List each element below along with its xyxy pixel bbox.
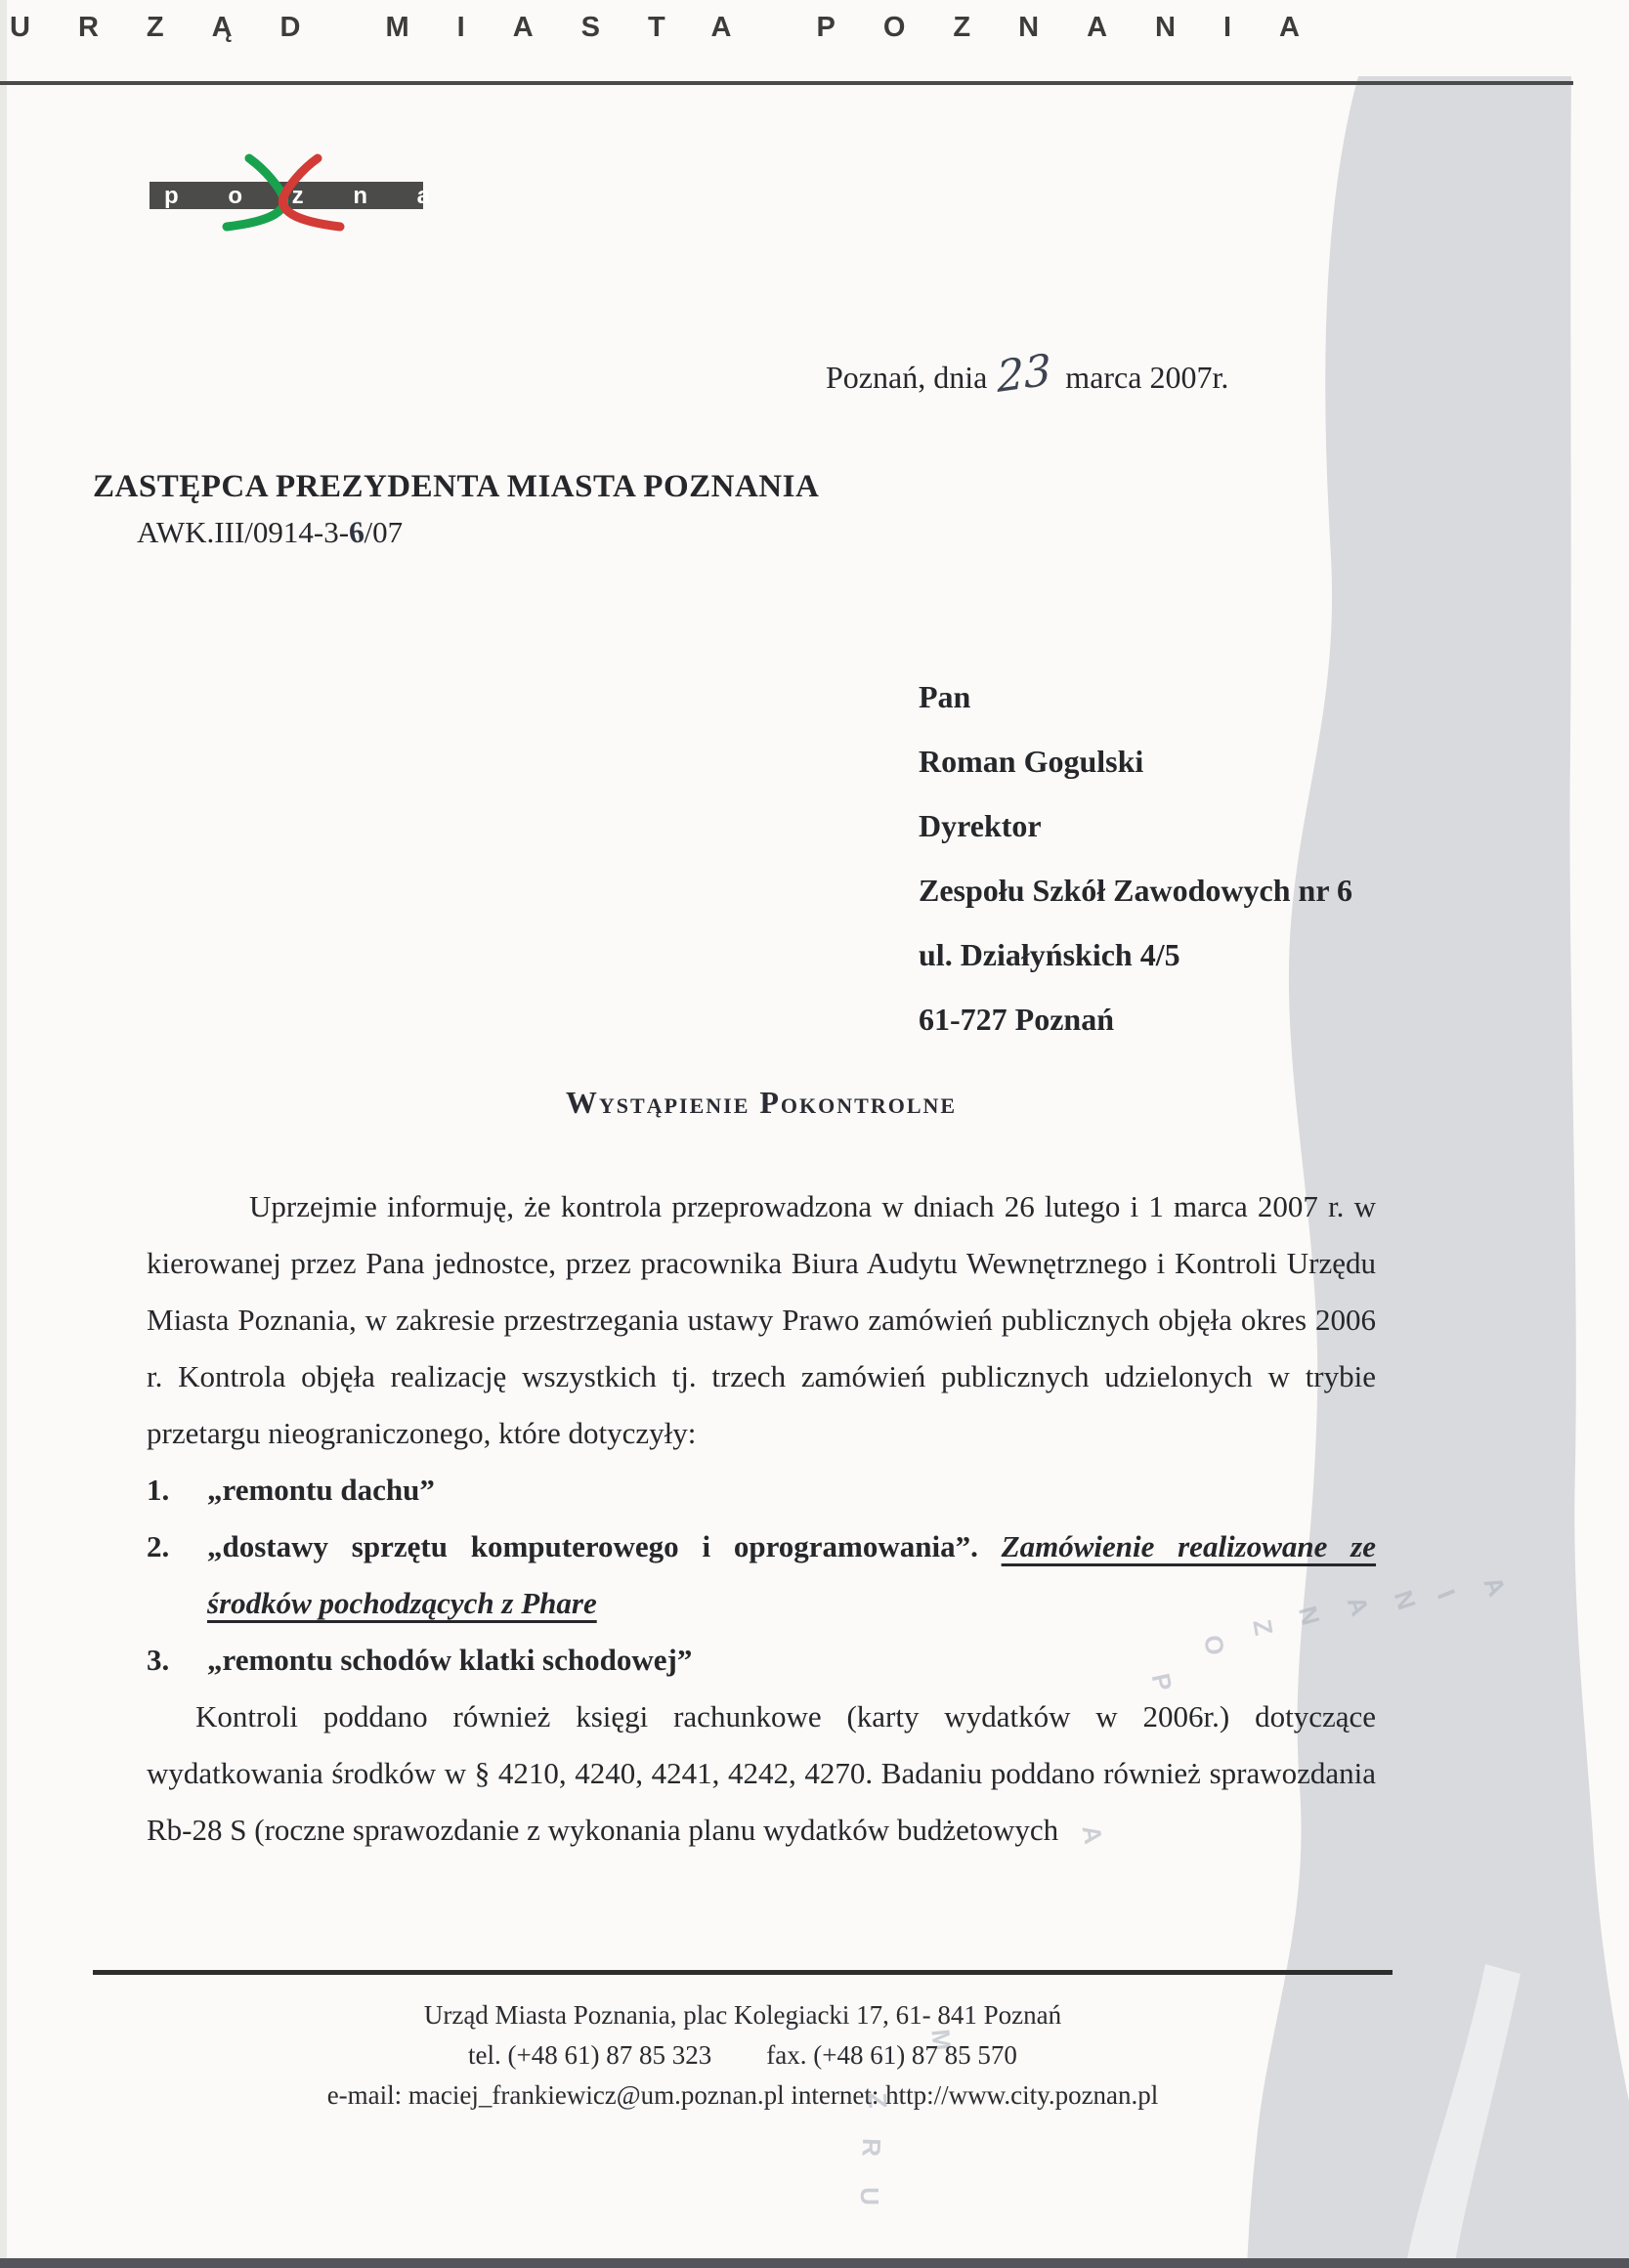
reference-prefix: AWK.III/0914-3-: [137, 515, 349, 549]
footer-phones: tel. (+48 61) 87 85 323fax. (+48 61) 87 …: [93, 2035, 1393, 2075]
poznan-logo-icon: p o z n a ń: [137, 137, 459, 254]
list-item: 2. „dostawy sprzętu komputerowego i opro…: [147, 1519, 1376, 1632]
recipient-line: 61-727 Poznań: [919, 987, 1352, 1051]
reference-overwritten-digit: 6: [347, 514, 365, 550]
scan-bottom-edge: [0, 2258, 1629, 2268]
footer-block: Urząd Miasta Poznania, plac Kolegiacki 1…: [93, 1995, 1393, 2116]
ghost-letter: A: [1477, 1572, 1512, 1602]
ghost-letter: R: [856, 2138, 887, 2158]
sender-title: ZASTĘPCA PREZYDENTA MIASTA POZNANIA: [93, 469, 819, 505]
document-title: Wystąpienie Pokontrolne: [147, 1085, 1376, 1121]
reference-suffix: /07: [364, 515, 404, 549]
masthead-rule: [0, 81, 1573, 85]
light-streak-shape: [1405, 1964, 1521, 2268]
body-paragraph-1: Uprzejmie informuję, że kontrola przepro…: [147, 1178, 1376, 1462]
scanned-letter-page: URZĄDMIASTAPOZNANIA p o z n a ń Poznań, …: [0, 0, 1629, 2268]
list-item-text: „dostawy sprzętu komputerowego i oprogra…: [207, 1529, 978, 1563]
list-item-number: 3.: [147, 1632, 169, 1689]
handwritten-day: 23: [998, 370, 1051, 378]
recipient-line: Zespołu Szkół Zawodowych nr 6: [919, 858, 1352, 922]
list-item: 3. „remontu schodów klatki schodowej”: [147, 1632, 1376, 1689]
masthead-word: URZĄD: [10, 12, 349, 43]
dateline: Poznań, dnia23marca 2007r.: [826, 360, 1228, 396]
dateline-prefix: Poznań, dnia: [826, 360, 987, 395]
logo-text: p o z n a ń: [164, 183, 459, 209]
list-item: 1. „remontu dachu”: [147, 1462, 1376, 1519]
footer-address: Urząd Miasta Poznania, plac Kolegiacki 1…: [93, 1995, 1393, 2035]
list-item-text: „remontu dachu”: [207, 1473, 435, 1507]
poznan-logo: p o z n a ń: [137, 137, 459, 259]
masthead-word: POZNANIA: [817, 12, 1348, 43]
list-item-number: 1.: [147, 1462, 169, 1519]
scan-left-edge: [0, 0, 7, 2268]
gray-band-shape: [1247, 76, 1629, 2268]
footer-fax: fax. (+48 61) 87 85 570: [766, 2040, 1017, 2070]
ghost-letter: N: [1388, 1587, 1422, 1613]
list-item-text: „remontu schodów klatki schodowej”: [207, 1643, 692, 1677]
sender-block: ZASTĘPCA PREZYDENTA MIASTA POZNANIA AWK.…: [93, 469, 819, 550]
recipient-line: Dyrektor: [919, 793, 1352, 858]
masthead-word: MIASTA: [386, 12, 780, 43]
ordered-list: 1. „remontu dachu” 2. „dostawy sprzętu k…: [147, 1462, 1376, 1689]
reference-number: AWK.III/0914-3-6/07: [93, 515, 819, 550]
ghost-letter: U: [854, 2187, 884, 2205]
footer-tel: tel. (+48 61) 87 85 323: [468, 2040, 711, 2070]
recipient-line: Roman Gogulski: [919, 729, 1352, 793]
masthead-title: URZĄDMIASTAPOZNANIA: [10, 12, 1348, 44]
recipient-line: Pan: [919, 664, 1352, 729]
dateline-suffix: marca 2007r.: [1065, 360, 1228, 395]
letter-body: Uprzejmie informuję, że kontrola przepro…: [147, 1178, 1376, 1859]
recipient-block: Pan Roman Gogulski Dyrektor Zespołu Szkó…: [919, 664, 1352, 1051]
scan-shading: [0, 0, 1629, 2268]
footer-rule: [93, 1970, 1393, 1975]
footer-email-internet: e-mail: maciej_frankiewicz@um.poznan.pl …: [93, 2075, 1393, 2116]
body-paragraph-2: Kontroli poddano również księgi rachunko…: [147, 1689, 1376, 1859]
ghost-letter: I: [1431, 1585, 1461, 1603]
recipient-line: ul. Działyńskich 4/5: [919, 922, 1352, 987]
list-item-number: 2.: [147, 1519, 169, 1575]
